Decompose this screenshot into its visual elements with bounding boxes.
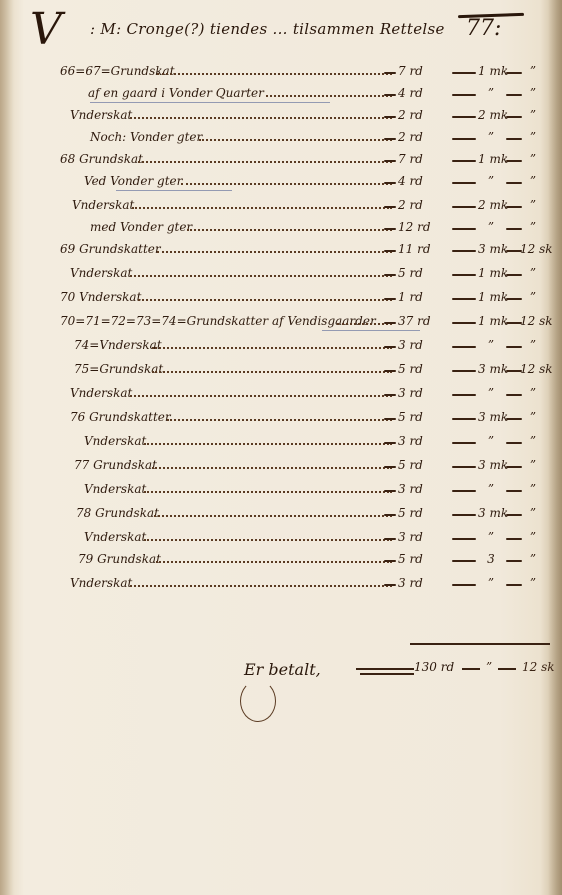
dash	[452, 206, 476, 208]
entry-label: 68 Grundskat	[60, 152, 143, 166]
entry-label: Ved Vonder gter	[84, 174, 182, 188]
amount-rd: 3 rd	[398, 530, 454, 544]
dash	[384, 160, 396, 162]
amount-mk: 1 mk	[478, 266, 504, 280]
ledger-row: 79 Grundskat5 rd3”	[0, 550, 562, 572]
dotted-leader	[130, 275, 392, 277]
dash	[452, 538, 476, 540]
manuscript-page: V : M: Cronge(?) tiendes ... tilsammen R…	[0, 0, 562, 895]
amount-mk: ”	[478, 174, 504, 188]
total-rd: 130 rd	[414, 660, 454, 674]
amount-sk: ”	[520, 506, 546, 520]
ledger-row: 74=Vnderskat3 rd””	[0, 336, 562, 358]
amount-mk: 2 mk	[478, 108, 504, 122]
amount-sk: ”	[520, 530, 546, 544]
amount-sk: ”	[520, 552, 546, 566]
ledger-row: Vnderskat3 rd””	[0, 432, 562, 454]
entry-label: 69 Grundskatter	[60, 242, 161, 256]
amount-mk: 3 mk	[478, 410, 504, 424]
amount-sk: ”	[520, 338, 546, 352]
amount-mk: 3 mk	[478, 458, 504, 472]
signature-flourish	[240, 680, 276, 722]
dash	[452, 322, 476, 324]
dotted-leader	[266, 95, 392, 97]
amount-mk: ”	[478, 386, 504, 400]
amount-sk: ”	[520, 576, 546, 590]
ledger-row: 75=Grundskat5 rd3 mk12 sk	[0, 360, 562, 382]
dash	[452, 72, 476, 74]
amount-rd: 5 rd	[398, 458, 454, 472]
dotted-leader	[156, 561, 392, 563]
entry-label: Vnderskat	[84, 434, 146, 448]
entry-label: Vnderskat	[72, 198, 134, 212]
dash	[384, 322, 396, 324]
dash	[384, 228, 396, 230]
entry-label: 74=Vnderskat	[74, 338, 162, 352]
entry-label: 76 Grundskatter	[70, 410, 171, 424]
amount-sk: 12 sk	[520, 242, 546, 256]
amount-sk: 12 sk	[520, 314, 546, 328]
ledger-row: 69 Grundskatter11 rd3 mk12 sk	[0, 240, 562, 262]
total-rule	[410, 643, 550, 645]
entry-label: med Vonder gter	[90, 220, 192, 234]
dash	[452, 94, 476, 96]
amount-sk: ”	[520, 386, 546, 400]
dash	[384, 274, 396, 276]
total-label: Er betalt,	[244, 660, 321, 679]
amount-rd: 7 rd	[398, 152, 454, 166]
ledger-row: 78 Grundskat5 rd3 mk”	[0, 504, 562, 526]
dash	[384, 182, 396, 184]
ledger-row: 76 Grundskatter5 rd3 mk”	[0, 408, 562, 430]
amount-rd: 3 rd	[398, 482, 454, 496]
dotted-leader	[181, 183, 392, 185]
amount-rd: 2 rd	[398, 130, 454, 144]
amount-mk: 1 mk	[478, 314, 504, 328]
dotted-leader	[138, 161, 392, 163]
entry-label: 78 Grundskat	[76, 506, 159, 520]
page-heading: V : M: Cronge(?) tiendes ... tilsammen R…	[30, 6, 470, 62]
amount-sk: ”	[520, 174, 546, 188]
amount-sk: ”	[520, 458, 546, 472]
ledger-row: 70=71=72=73=74=Grundskatter af Vendisgaa…	[0, 312, 562, 334]
dash	[452, 182, 476, 184]
dotted-leader	[152, 467, 392, 469]
amount-rd: 12 rd	[398, 220, 454, 234]
amount-sk: ”	[520, 108, 546, 122]
dash	[452, 584, 476, 586]
dash	[452, 466, 476, 468]
dash	[384, 560, 396, 562]
dash	[384, 72, 396, 74]
dash	[452, 138, 476, 140]
amount-mk: 1 mk	[478, 290, 504, 304]
dash	[384, 94, 396, 96]
entry-label: 75=Grundskat	[74, 362, 163, 376]
amount-mk: 3	[478, 552, 504, 566]
dash	[384, 370, 396, 372]
amount-rd: 3 rd	[398, 338, 454, 352]
dash	[462, 668, 480, 670]
dash	[384, 514, 396, 516]
dotted-leader	[152, 347, 392, 349]
amount-sk: 12 sk	[520, 362, 546, 376]
ledger-row: Vnderskat2 rd2 mk”	[0, 106, 562, 128]
amount-mk: 3 mk	[478, 242, 504, 256]
amount-mk: ”	[478, 434, 504, 448]
entry-label: af en gaard i Vonder Quarter	[88, 86, 264, 100]
dash	[384, 466, 396, 468]
ledger-row: 77 Grundskat5 rd3 mk”	[0, 456, 562, 478]
dotted-leader	[187, 229, 392, 231]
amount-rd: 2 rd	[398, 108, 454, 122]
amount-rd: 7 rd	[398, 64, 454, 78]
dash	[452, 490, 476, 492]
dash	[452, 418, 476, 420]
pencil-underline	[322, 330, 420, 331]
dash	[452, 346, 476, 348]
entry-label: Vnderskat	[70, 108, 132, 122]
dotted-leader	[157, 251, 392, 253]
amount-rd: 3 rd	[398, 434, 454, 448]
amount-mk: ”	[478, 130, 504, 144]
entry-label: Vnderskat	[70, 386, 132, 400]
ledger-row: Ved Vonder gter4 rd””	[0, 172, 562, 194]
entry-label: Vnderskat	[70, 576, 132, 590]
dash	[384, 490, 396, 492]
amount-mk: 1 mk	[478, 64, 504, 78]
dash	[384, 138, 396, 140]
dash	[452, 298, 476, 300]
dotted-leader	[199, 139, 392, 141]
entry-label: 70 Vnderskat	[60, 290, 141, 304]
total-double-rule	[356, 668, 414, 670]
dotted-leader	[157, 73, 392, 75]
amount-mk: ”	[478, 86, 504, 100]
entry-label: 77 Grundskat	[74, 458, 157, 472]
dash	[452, 250, 476, 252]
ledger-row: 70 Vnderskat1 rd1 mk”	[0, 288, 562, 310]
entry-label: 70=71=72=73=74=Grundskatter af Vendisgaa…	[60, 314, 376, 328]
amount-sk: ”	[520, 434, 546, 448]
total-sk: 12 sk	[522, 660, 555, 674]
total-double-rule	[360, 673, 414, 675]
amount-sk: ”	[520, 130, 546, 144]
dotted-leader	[130, 117, 392, 119]
dash	[452, 274, 476, 276]
amount-rd: 5 rd	[398, 552, 454, 566]
entry-label: Vnderskat	[70, 266, 132, 280]
pencil-underline	[116, 190, 232, 191]
amount-rd: 3 rd	[398, 576, 454, 590]
ledger-row: Vnderskat3 rd””	[0, 574, 562, 596]
dash	[384, 442, 396, 444]
folio-number: 77:	[466, 16, 501, 41]
ledger-row: Vnderskat3 rd””	[0, 384, 562, 406]
amount-mk: ”	[478, 220, 504, 234]
amount-rd: 5 rd	[398, 362, 454, 376]
entry-label: 66=67=Grundskat	[60, 64, 175, 78]
heading-initial: V	[30, 6, 62, 54]
entry-label: Noch: Vonder gter	[90, 130, 202, 144]
dotted-leader	[130, 395, 392, 397]
total-mk: ”	[486, 660, 492, 674]
amount-sk: ”	[520, 152, 546, 166]
dash	[384, 206, 396, 208]
amount-sk: ”	[520, 64, 546, 78]
amount-rd: 4 rd	[398, 174, 454, 188]
amount-mk: 2 mk	[478, 198, 504, 212]
amount-sk: ”	[520, 290, 546, 304]
ledger-row: Vnderskat2 rd2 mk”	[0, 196, 562, 218]
amount-sk: ”	[520, 220, 546, 234]
dash	[498, 668, 516, 670]
amount-mk: 1 mk	[478, 152, 504, 166]
amount-rd: 37 rd	[398, 314, 454, 328]
amount-mk: 3 mk	[478, 506, 504, 520]
ledger-row: Noch: Vonder gter2 rd””	[0, 128, 562, 150]
dash	[384, 584, 396, 586]
dotted-leader	[144, 539, 392, 541]
ledger-row: 66=67=Grundskat7 rd1 mk”	[0, 62, 562, 84]
amount-rd: 2 rd	[398, 198, 454, 212]
dotted-leader	[152, 371, 392, 373]
dash	[452, 116, 476, 118]
amount-rd: 5 rd	[398, 410, 454, 424]
amount-rd: 5 rd	[398, 266, 454, 280]
amount-sk: ”	[520, 86, 546, 100]
ledger-row: Vnderskat5 rd1 mk”	[0, 264, 562, 286]
dash	[452, 160, 476, 162]
dash	[384, 298, 396, 300]
amount-sk: ”	[520, 266, 546, 280]
amount-rd: 1 rd	[398, 290, 454, 304]
dash	[452, 514, 476, 516]
ledger-row: med Vonder gter12 rd””	[0, 218, 562, 240]
dash	[384, 346, 396, 348]
entry-label: Vnderskat	[84, 482, 146, 496]
dash	[452, 442, 476, 444]
dotted-leader	[130, 585, 392, 587]
amount-mk: ”	[478, 338, 504, 352]
dotted-leader	[144, 443, 392, 445]
entry-label: 79 Grundskat	[78, 552, 161, 566]
dotted-leader	[167, 419, 392, 421]
dotted-leader	[138, 299, 392, 301]
amount-mk: ”	[478, 530, 504, 544]
dash	[452, 228, 476, 230]
amount-rd: 11 rd	[398, 242, 454, 256]
dash	[384, 250, 396, 252]
dash	[384, 538, 396, 540]
dash	[384, 116, 396, 118]
dotted-leader	[154, 515, 392, 517]
dotted-leader	[144, 491, 392, 493]
ledger-row: Vnderskat3 rd””	[0, 528, 562, 550]
dash	[452, 394, 476, 396]
dash	[452, 560, 476, 562]
dash	[384, 418, 396, 420]
dash	[384, 394, 396, 396]
entry-label: Vnderskat	[84, 530, 146, 544]
amount-rd: 3 rd	[398, 386, 454, 400]
amount-rd: 4 rd	[398, 86, 454, 100]
amount-sk: ”	[520, 410, 546, 424]
amount-mk: 3 mk	[478, 362, 504, 376]
dotted-leader	[132, 207, 392, 209]
amount-sk: ”	[520, 482, 546, 496]
heading-text: : M: Cronge(?) tiendes ... tilsammen Ret…	[90, 20, 445, 38]
ledger-row: 68 Grundskat7 rd1 mk”	[0, 150, 562, 172]
ledger-row: Vnderskat3 rd””	[0, 480, 562, 502]
dash	[452, 370, 476, 372]
amount-mk: ”	[478, 482, 504, 496]
amount-sk: ”	[520, 198, 546, 212]
pencil-underline	[90, 102, 330, 103]
amount-rd: 5 rd	[398, 506, 454, 520]
amount-mk: ”	[478, 576, 504, 590]
